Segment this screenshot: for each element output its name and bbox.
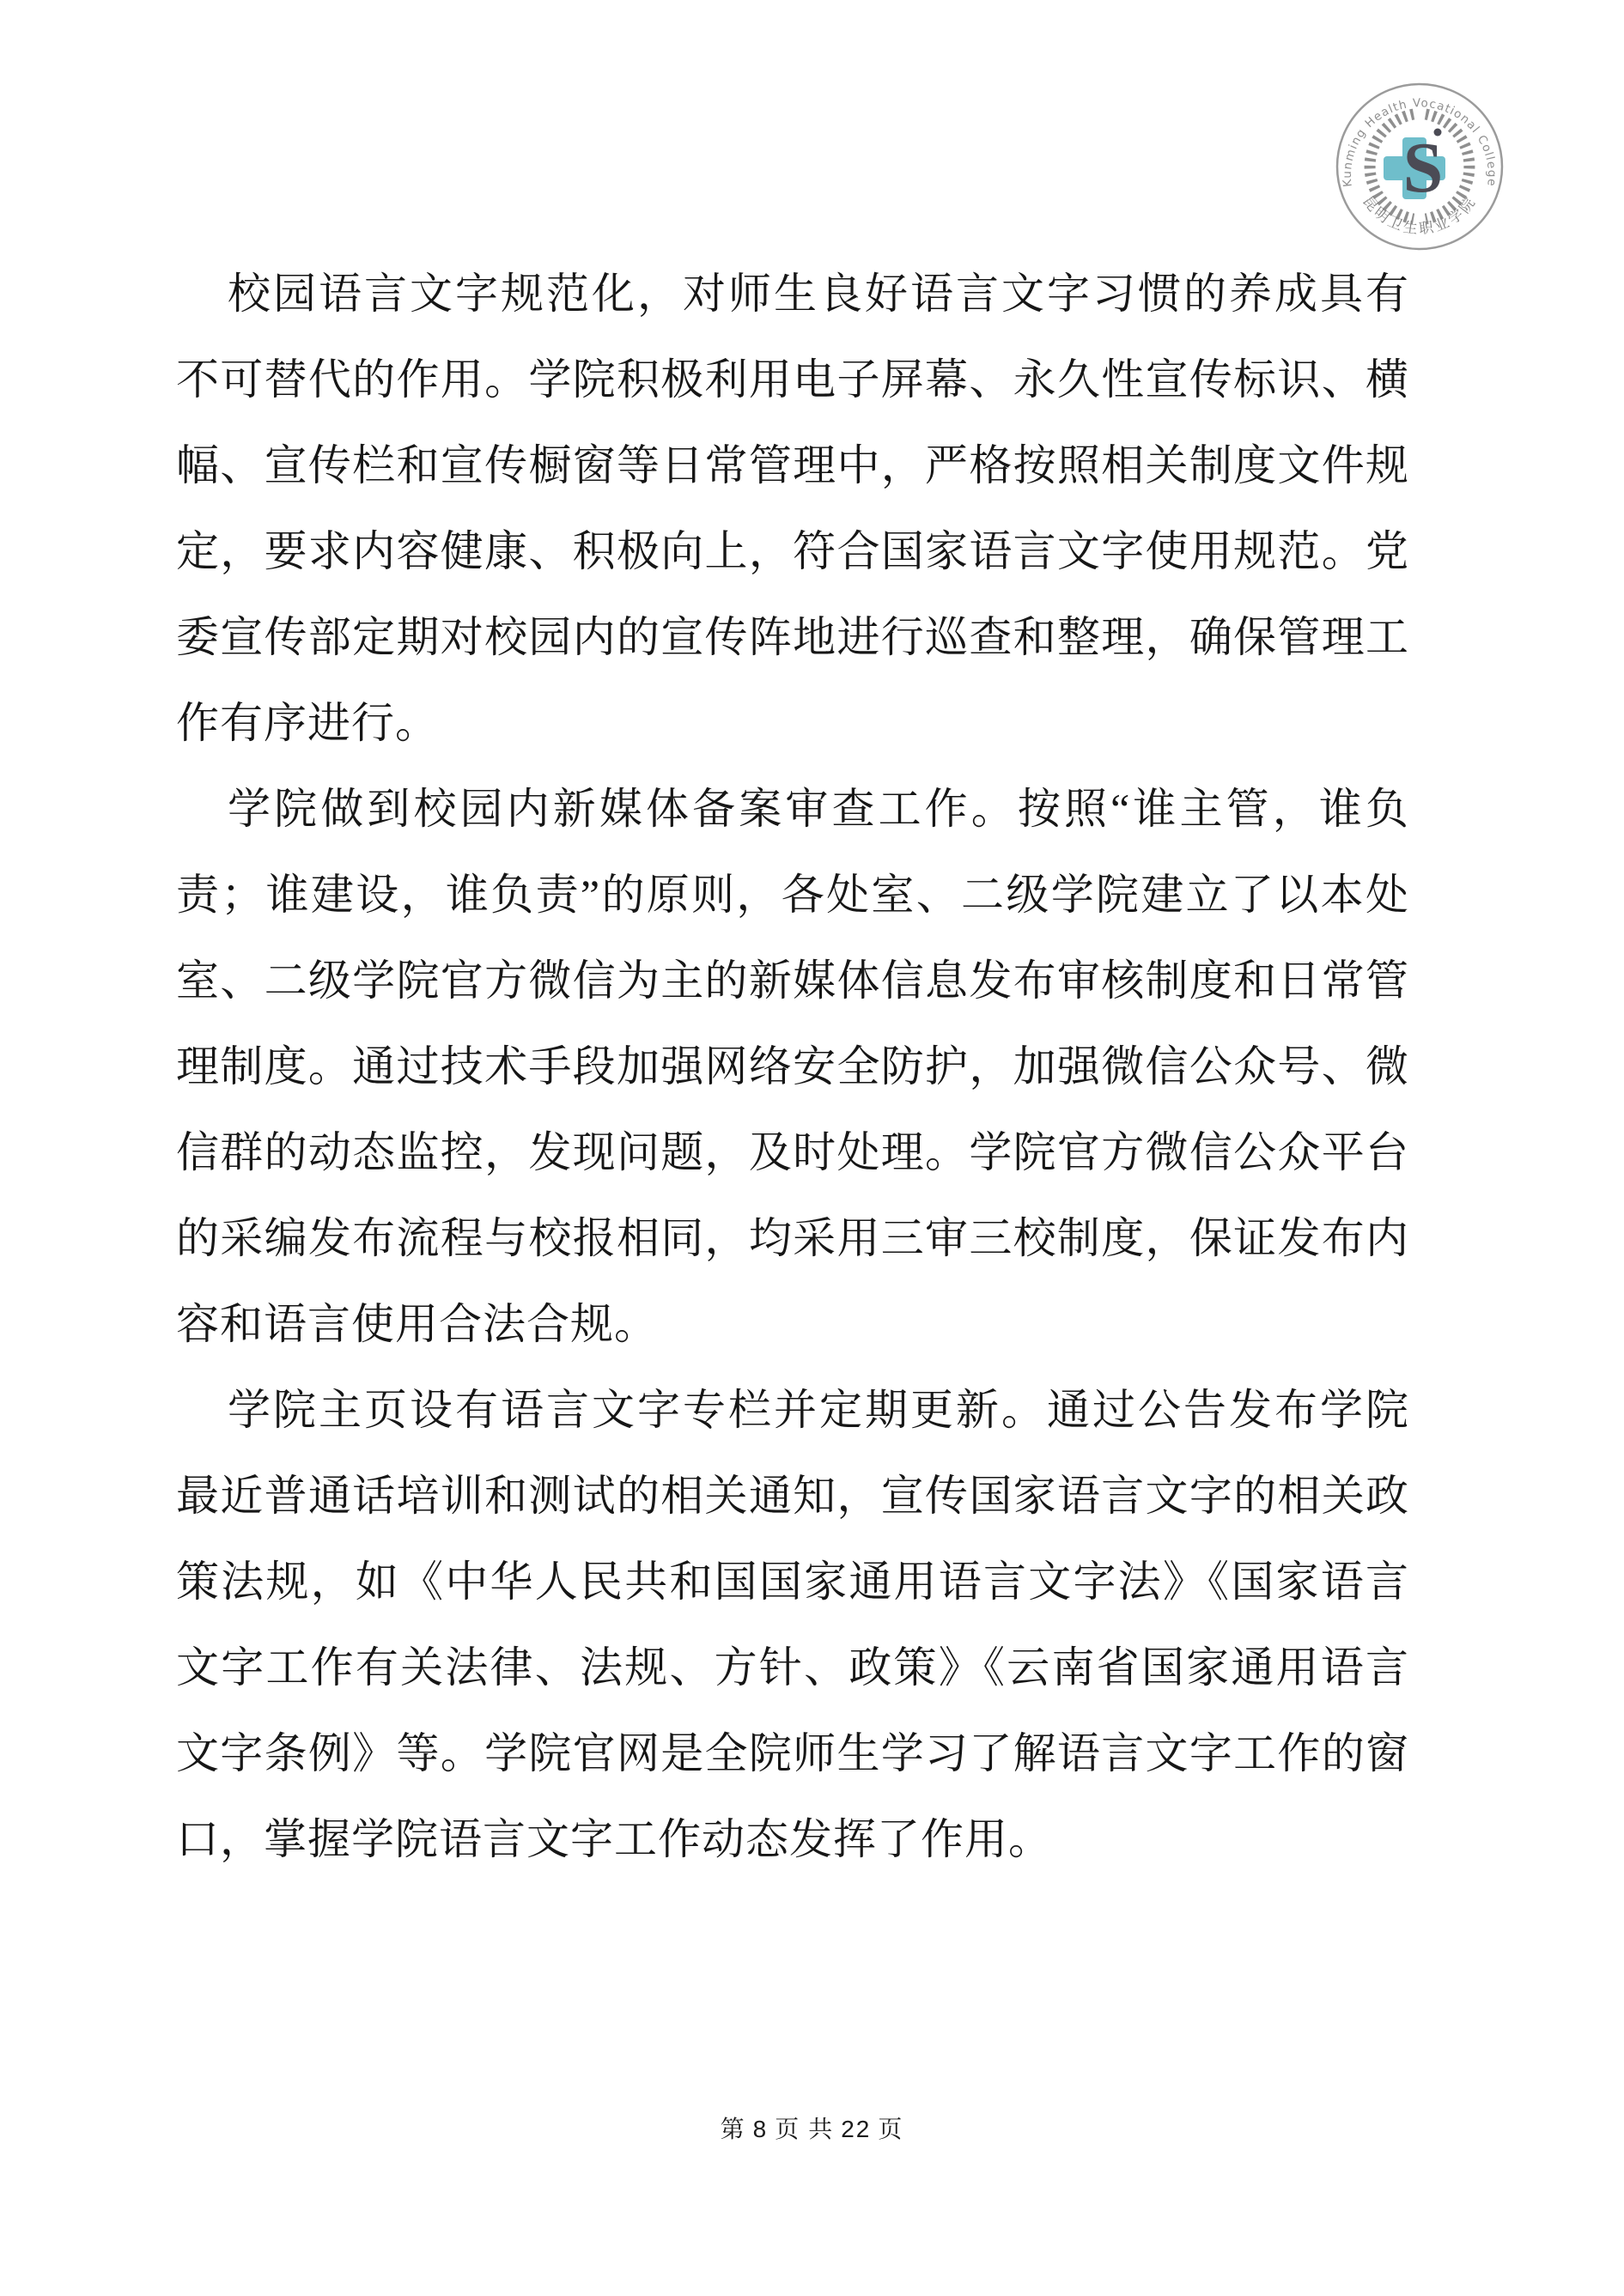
footer-label-gong: 共: [808, 2117, 834, 2143]
paragraph-new-media-review: 学院做到校园内新媒体备案审查工作。按照“谁主管，谁负责；谁建设，谁负责”的原则，…: [176, 766, 1409, 1367]
page-footer: 第8页 共22页: [0, 2111, 1624, 2145]
paragraph-campus-language-standardization: 校园语言文字规范化，对师生良好语言文字习惯的养成具有不可替代的作用。学院积极利用…: [176, 251, 1409, 766]
document-page: S Kunming Health Vocational College 昆明卫生…: [0, 0, 1624, 2296]
footer-page-number: 8: [746, 2116, 776, 2142]
footer-label-ye2: 页: [878, 2117, 903, 2143]
dragon-s-icon: S: [1403, 128, 1444, 208]
document-body: 校园语言文字规范化，对师生良好语言文字习惯的养成具有不可替代的作用。学院积极利用…: [176, 251, 1409, 1882]
dragon-head-icon: [1434, 129, 1442, 137]
footer-label-ye1: 页: [775, 2117, 800, 2143]
paragraph-homepage-language-column: 学院主页设有语言文字专栏并定期更新。通过公告发布学院最近普通话培训和测试的相关通…: [176, 1367, 1409, 1882]
college-seal-icon: S Kunming Health Vocational College 昆明卫生…: [1334, 81, 1505, 252]
college-logo: S Kunming Health Vocational College 昆明卫生…: [1334, 81, 1505, 252]
footer-total-pages: 22: [834, 2116, 878, 2142]
footer-label-di: 第: [721, 2117, 746, 2143]
